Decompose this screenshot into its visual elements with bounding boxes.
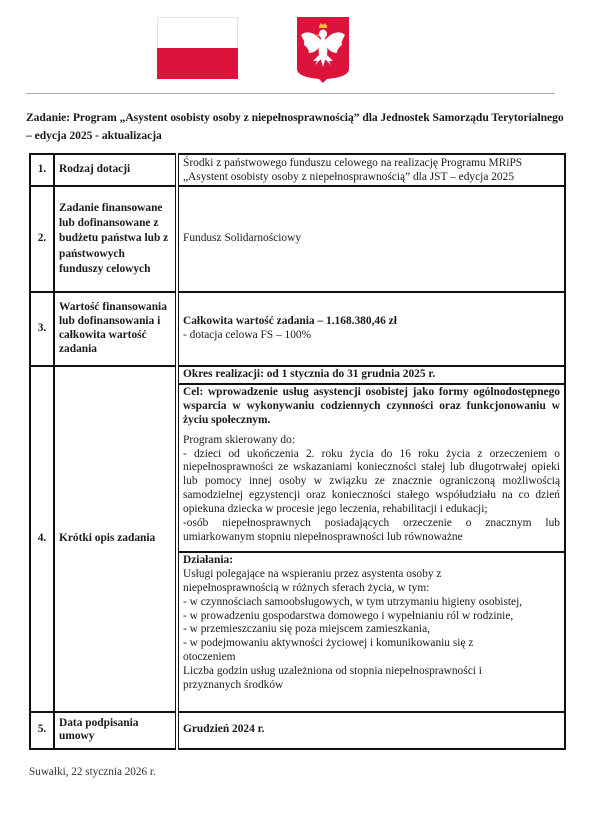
table-row: 4. Krótki opis zadania Okres realizacji:… — [30, 366, 565, 712]
row-number: 2. — [30, 186, 54, 292]
table-row: 5. Data podpisania umowy Grudzień 2024 r… — [30, 712, 565, 749]
row-label: Rodzaj dotacji — [54, 154, 177, 186]
goal-and-target-section: Cel: wprowadzenie usług asystencji osobi… — [179, 383, 564, 551]
row-label: Krótki opis zadania — [54, 366, 177, 712]
target-heading: Program skierowany do: — [183, 434, 560, 448]
row-value-amount: Całkowita wartość zadania – 1.168.380,46… — [177, 292, 565, 366]
action-item: - w czynnościach samoobsługowych, w tym … — [183, 596, 560, 610]
actions-intro: Usługi polegające na wspieraniu przez as… — [183, 568, 483, 596]
table-row: 2. Zadanie finansowane lub dofinansowane… — [30, 186, 565, 292]
total-value: Całkowita wartość zadania – 1.168.380,46… — [183, 315, 560, 329]
flag-red-stripe — [157, 48, 238, 79]
row-label: Data podpisania umowy — [54, 712, 177, 749]
flag-white-stripe — [157, 17, 238, 48]
grant-type-line-2: „Asystent osobisty osoby z niepełnospraw… — [183, 170, 560, 184]
row-number: 5. — [30, 712, 54, 749]
target-item: -osób niepełnosprawnych posiadających or… — [183, 517, 560, 545]
target-item: - dzieci od ukończenia 2. roku życia do … — [183, 448, 560, 518]
grant-share: - dotacja celowa FS – 100% — [183, 329, 560, 343]
task-info-table: 1. Rodzaj dotacji Środki z państwowego f… — [29, 153, 566, 750]
realization-period: Okres realizacji: od 1 stycznia do 31 gr… — [179, 367, 564, 383]
document-title: Zadanie: Program „Asystent osobisty osob… — [26, 109, 571, 145]
row-value-fund: Fundusz Solidarnościowy — [177, 186, 565, 292]
description-sections: Okres realizacji: od 1 stycznia do 31 gr… — [179, 367, 564, 711]
table-row: 3. Wartość finansowania lub dofinansowan… — [30, 292, 565, 366]
row-value-description: Okres realizacji: od 1 stycznia do 31 gr… — [177, 366, 565, 712]
grant-type-line-1: Środki z państwowego funduszu celowego n… — [183, 156, 560, 170]
goal-text: Cel: wprowadzenie usług asystencji osobi… — [183, 386, 560, 428]
row-label: Zadanie finansowane lub dofinansowane z … — [54, 186, 177, 292]
header-divider — [26, 93, 555, 94]
actions-heading: Działania: — [183, 554, 560, 568]
poland-flag — [157, 17, 238, 79]
actions-note: Liczba godzin usług uzależniona od stopn… — [183, 665, 503, 693]
action-item: - w prowadzeniu gospodarstwa domowego i … — [183, 610, 560, 624]
row-value-grant-type: Środki z państwowego funduszu celowego n… — [177, 154, 565, 186]
eagle-emblem-icon — [297, 17, 349, 83]
table-row: 1. Rodzaj dotacji Środki z państwowego f… — [30, 154, 565, 186]
row-number: 4. — [30, 366, 54, 712]
row-number: 3. — [30, 292, 54, 366]
row-label: Wartość finansowania lub dofinansowania … — [54, 292, 177, 366]
action-item: - w podejmowaniu aktywności życiowej i k… — [183, 637, 523, 665]
row-number: 1. — [30, 154, 54, 186]
place-and-date: Suwałki, 22 stycznia 2026 r. — [29, 766, 156, 778]
action-item: - w przemieszczaniu się poza miejscem za… — [183, 623, 560, 637]
actions-section: Działania: Usługi polegające na wspieran… — [179, 551, 564, 711]
row-value-signing-date: Grudzień 2024 r. — [177, 712, 565, 749]
